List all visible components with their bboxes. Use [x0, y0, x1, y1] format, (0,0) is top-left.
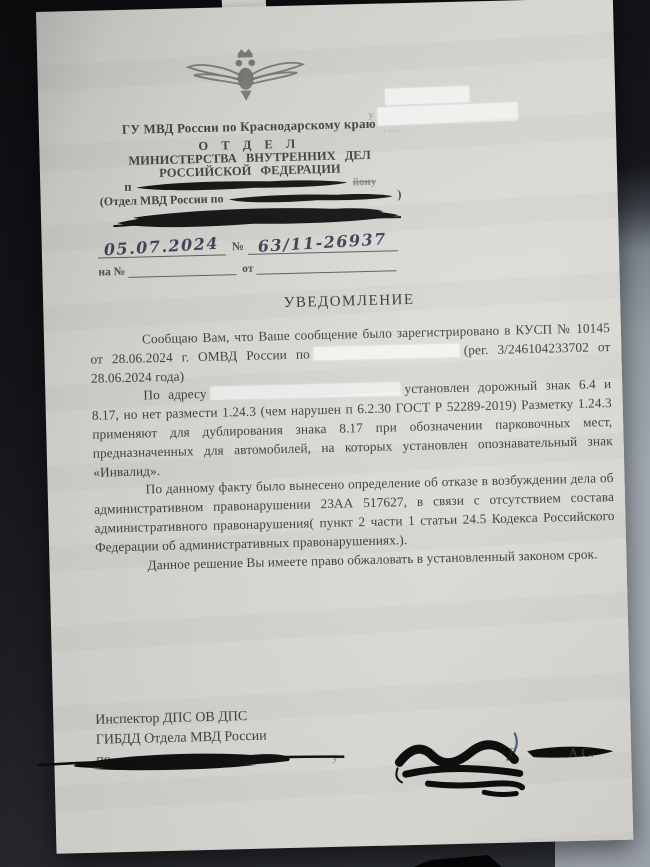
- page-title: УВЕДОМЛЕНИЕ: [89, 287, 609, 317]
- photo-of-document: { "letterhead": { "agency": "ГУ МВД Росс…: [0, 0, 650, 867]
- handwritten-date: 05.07.2024: [104, 234, 220, 260]
- redaction-bar-icon: [226, 191, 394, 204]
- paragraph-3: По данному факту было вынесено определен…: [94, 469, 616, 557]
- document-page: ГУ МВД России по Краснодарскому краю О Т…: [36, 0, 633, 854]
- recipient-faint-trace: у: [368, 110, 373, 121]
- inline-white-redaction: [210, 383, 400, 401]
- signature-scribble: [387, 727, 624, 807]
- mvd-eagle-emblem-icon: [185, 45, 306, 106]
- number-sign: №: [232, 239, 244, 254]
- signature-name-faint: Р: [509, 744, 517, 760]
- paragraph-2: По адресуустановлен дорожный знак 6.4 и …: [91, 375, 613, 482]
- handwritten-number: 63/11-26937: [258, 229, 388, 256]
- document-body: УВЕДОМЛЕНИЕ Сообщаю Вам, что Ваше сообще…: [89, 287, 616, 576]
- signature-initials: А.С.: [568, 745, 594, 762]
- recipient-redaction-box: [377, 102, 518, 125]
- letterhead: ГУ МВД России по Краснодарскому краю О Т…: [67, 114, 433, 209]
- inline-white-redaction: [314, 344, 460, 361]
- district-tail: йону: [352, 176, 376, 189]
- in-reply-label: на №: [98, 266, 125, 279]
- reference-block: 05.07.2024 № 63/11-26937 на № от: [97, 225, 406, 279]
- paragraph-2-text: По адресу: [143, 386, 207, 403]
- dark-folder-corner: [398, 853, 508, 867]
- from-label: от: [242, 263, 254, 275]
- recipient-redaction-box: [385, 86, 470, 105]
- dept-suffix: ): [397, 187, 401, 201]
- recipient-faint-trace: .…: [383, 123, 402, 134]
- district-prefix: п: [124, 180, 132, 194]
- redaction-bar-icon: [36, 747, 346, 777]
